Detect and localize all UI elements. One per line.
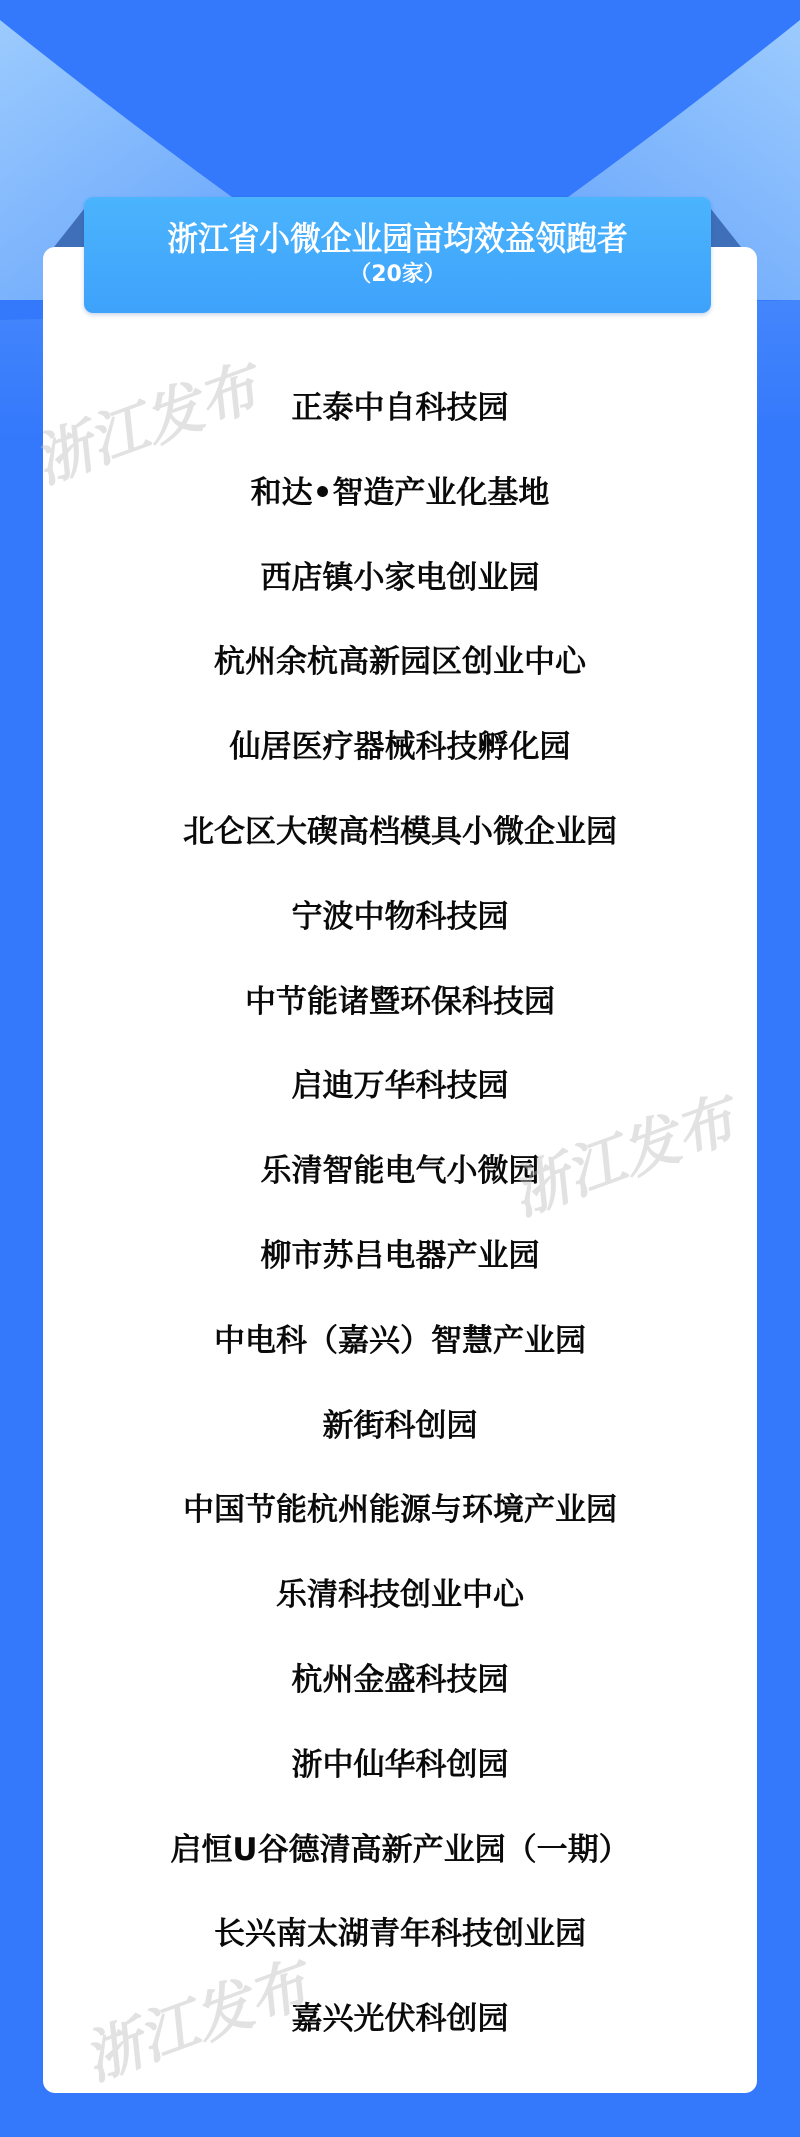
list-item: 浙中仙华科创园 — [43, 1723, 757, 1808]
list-item: 中电科（嘉兴）智慧产业园 — [43, 1299, 757, 1384]
list-item: 乐清科技创业中心 — [43, 1553, 757, 1638]
ribbon-fold-left — [54, 209, 84, 247]
list-item: 启恒U谷德清高新产业园（一期） — [43, 1808, 757, 1893]
list-item: 北仑区大碶高档模具小微企业园 — [43, 790, 757, 875]
list-item: 和达•智造产业化基地 — [43, 451, 757, 536]
page-title: 浙江省小微企业园亩均效益领跑者 — [106, 219, 689, 259]
list-item: 正泰中自科技园 — [43, 366, 757, 451]
list-item: 乐清智能电气小微园 — [43, 1129, 757, 1214]
list-item: 杭州金盛科技园 — [43, 1638, 757, 1723]
list-item: 长兴南太湖青年科技创业园 — [43, 1892, 757, 1977]
list-item: 启迪万华科技园 — [43, 1044, 757, 1129]
list-item: 柳市苏吕电器产业园 — [43, 1214, 757, 1299]
list-item: 宁波中物科技园 — [43, 875, 757, 960]
park-list: 正泰中自科技园 和达•智造产业化基地 西店镇小家电创业园 杭州余杭高新园区创业中… — [43, 366, 757, 2062]
list-item: 嘉兴光伏科创园 — [43, 1977, 757, 2062]
list-item: 中节能诸暨环保科技园 — [43, 960, 757, 1045]
list-item: 新街科创园 — [43, 1384, 757, 1469]
count-subtitle: （20家） — [84, 261, 711, 289]
list-item: 仙居医疗器械科技孵化园 — [43, 705, 757, 790]
list-item: 中国节能杭州能源与环境产业园 — [43, 1468, 757, 1553]
list-item: 杭州余杭高新园区创业中心 — [43, 620, 757, 705]
ribbon-fold-right — [711, 209, 741, 247]
list-item: 西店镇小家电创业园 — [43, 536, 757, 621]
header-banner: 浙江省小微企业园亩均效益领跑者 （20家） — [84, 197, 711, 313]
